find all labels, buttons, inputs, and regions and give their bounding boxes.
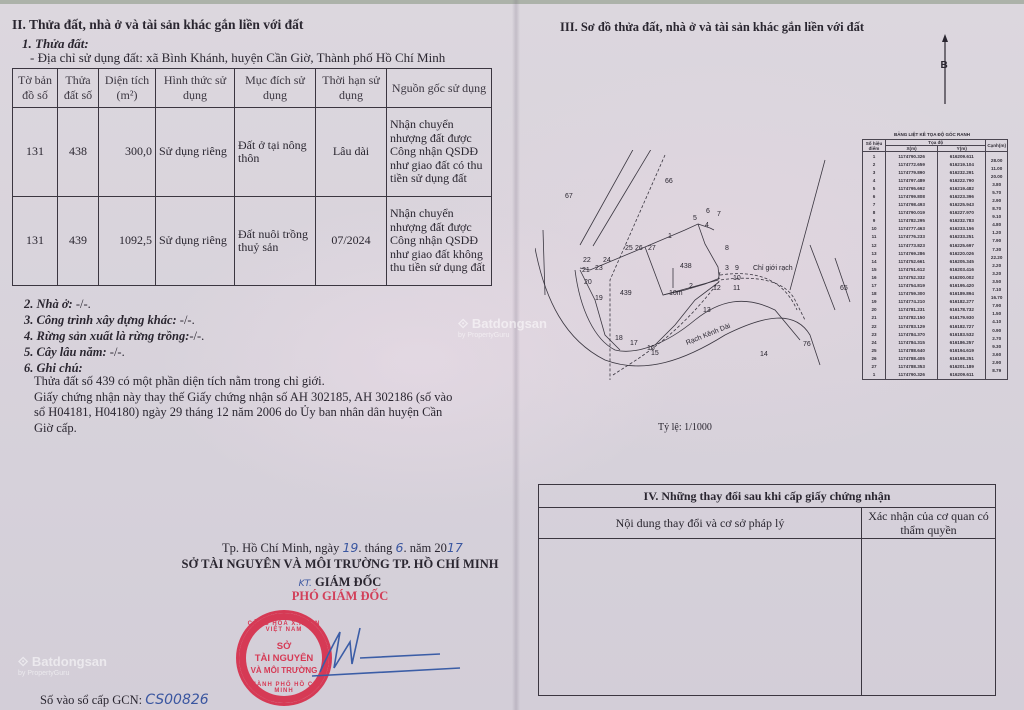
coord-length: 28.00 bbox=[986, 156, 1008, 165]
coord-length: 7.90 bbox=[986, 237, 1008, 245]
boundary-point-label: 23 bbox=[595, 265, 603, 272]
coord-y: 616182.727 bbox=[938, 322, 986, 330]
coord-length: 9.30 bbox=[986, 342, 1008, 350]
coord-x: 1174790.019 bbox=[886, 209, 938, 217]
boundary-point-label: 27 bbox=[648, 245, 656, 252]
col-length: Cạnh(m) bbox=[986, 140, 1008, 152]
col-form: Hình thức sử dụng bbox=[156, 69, 235, 108]
coord-length: 3.20 bbox=[986, 269, 1008, 277]
item-perennial-trees: 5. Cây lâu năm: -/-. bbox=[24, 344, 204, 360]
kt-mark: KT. bbox=[299, 579, 312, 589]
watermark-logo: ⟐ Batdongsanby PropertyGuru bbox=[458, 316, 547, 339]
col-purpose: Mục đích sử dụng bbox=[235, 69, 316, 108]
cell-parcel: 438 bbox=[58, 108, 99, 197]
coord-point: 4 bbox=[863, 176, 886, 184]
coord-y: 616219.104 bbox=[938, 160, 986, 168]
coord-point: 5 bbox=[863, 184, 886, 192]
boundary-line-label: Chỉ giới rạch bbox=[753, 264, 793, 272]
coord-point: 8 bbox=[863, 209, 886, 217]
boundary-point-label: 16 bbox=[647, 345, 655, 352]
coord-x: 1174788.640 bbox=[886, 346, 938, 354]
coord-x: 1174788.353 bbox=[886, 362, 938, 370]
parcel-label: 76 bbox=[803, 341, 811, 348]
authority-confirmation-cell bbox=[862, 539, 996, 696]
coord-x: 1174773.823 bbox=[886, 241, 938, 249]
deputy-director-title: PHÓ GIÁM ĐỐC bbox=[180, 589, 500, 604]
boundary-point-label: 25 bbox=[625, 245, 633, 252]
coord-point: 6 bbox=[863, 192, 886, 200]
coord-row: 11174790.326616209.61128.00 bbox=[863, 152, 1008, 161]
coord-point: 14 bbox=[863, 257, 886, 265]
boundary-point-label: 22 bbox=[583, 257, 591, 264]
col-term: Thời hạn sử dụng bbox=[316, 69, 387, 108]
table-header-row: Tờ bản đồ số Thửa đất số Diện tích (m²) … bbox=[13, 69, 492, 108]
coord-y: 616200.002 bbox=[938, 273, 986, 281]
changes-table: IV. Những thay đổi sau khi cấp giấy chứn… bbox=[538, 484, 996, 696]
coord-point: 19 bbox=[863, 298, 886, 306]
coord-y: 616183.532 bbox=[938, 330, 986, 338]
coord-y: 616195.420 bbox=[938, 282, 986, 290]
coord-y: 616189.894 bbox=[938, 290, 986, 298]
coord-length: 1.20 bbox=[986, 229, 1008, 237]
coord-x: 1174788.405 bbox=[886, 354, 938, 362]
coord-x: 1174772.659 bbox=[886, 160, 938, 168]
note-line: Thửa đất số 439 có một phần diện tích nằ… bbox=[34, 374, 464, 390]
cell-term: 07/2024 bbox=[316, 197, 387, 286]
boundary-point-label: 10 bbox=[733, 275, 741, 282]
coord-point: 11 bbox=[863, 233, 886, 241]
coord-point: 27 bbox=[863, 362, 886, 370]
coord-point: 18 bbox=[863, 290, 886, 298]
coord-length: 2.90 bbox=[986, 358, 1008, 366]
cell-origin: Nhận chuyển nhượng đất được Công nhận QS… bbox=[387, 197, 492, 286]
coord-length: 9.10 bbox=[986, 213, 1008, 221]
coord-x: 1174754.819 bbox=[886, 282, 938, 290]
coord-length bbox=[986, 375, 1008, 384]
coord-point: 15 bbox=[863, 265, 886, 273]
coord-y: 616209.611 bbox=[938, 371, 986, 380]
coord-x: 1174752.332 bbox=[886, 273, 938, 281]
map-scale: Tỷ lệ: 1/1000 bbox=[658, 422, 712, 433]
coord-point: 10 bbox=[863, 225, 886, 233]
coord-x: 1174776.233 bbox=[886, 233, 938, 241]
coord-y: 616227.970 bbox=[938, 209, 986, 217]
coord-x: 1174751.612 bbox=[886, 265, 938, 273]
distance-label: 10m bbox=[669, 290, 683, 297]
cell-area: 300,0 bbox=[99, 108, 156, 197]
registry-number: Số vào sổ cấp GCN: CS00826 bbox=[40, 692, 209, 708]
coord-x: 1174795.692 bbox=[886, 184, 938, 192]
issuing-agency: SỞ TÀI NGUYÊN VÀ MÔI TRƯỜNG TP. HỒ CHÍ M… bbox=[180, 557, 500, 572]
coord-y: 616194.619 bbox=[938, 346, 986, 354]
boundary-point-label: 1 bbox=[668, 233, 672, 240]
col-point: Số hiệu điểm bbox=[863, 140, 886, 152]
boundary-point-label: 5 bbox=[693, 215, 697, 222]
cell-map-sheet: 131 bbox=[13, 197, 58, 286]
coord-length: 20.00 bbox=[986, 172, 1008, 180]
cell-parcel: 439 bbox=[58, 197, 99, 286]
coord-point: 22 bbox=[863, 322, 886, 330]
coord-x: 1174797.489 bbox=[886, 176, 938, 184]
coord-length: 22.20 bbox=[986, 253, 1008, 261]
boundary-point-label: 14 bbox=[760, 351, 768, 358]
land-parcel-table: Tờ bản đồ số Thửa đất số Diện tích (m²) … bbox=[12, 68, 492, 286]
col-origin: Nguồn gốc sử dụng bbox=[387, 69, 492, 108]
coord-point: 16 bbox=[863, 273, 886, 281]
coord-point: 1 bbox=[863, 371, 886, 380]
land-certificate-spread: II. Thửa đất, nhà ở và tài sản khác gắn … bbox=[0, 0, 1024, 710]
coord-y: 616220.026 bbox=[938, 249, 986, 257]
coord-y: 616225.943 bbox=[938, 201, 986, 209]
coord-x: 1174769.286 bbox=[886, 249, 938, 257]
notes-text: Thửa đất số 439 có một phần diện tích nằ… bbox=[34, 374, 464, 436]
coord-point: 23 bbox=[863, 330, 886, 338]
parcel-label: 67 bbox=[565, 193, 573, 200]
coord-y: 616225.697 bbox=[938, 241, 986, 249]
coord-x: 1174798.493 bbox=[886, 201, 938, 209]
coord-y: 616233.156 bbox=[938, 225, 986, 233]
coord-length: 7.10 bbox=[986, 286, 1008, 294]
other-assets-list: 2. Nhà ở: -/-. 3. Công trình xây dựng kh… bbox=[24, 296, 204, 376]
coord-point: 25 bbox=[863, 346, 886, 354]
boundary-point-label: 17 bbox=[630, 340, 638, 347]
coord-x: 1174790.326 bbox=[886, 371, 938, 380]
coord-x: 1174784.370 bbox=[886, 330, 938, 338]
parcel-label: 438 bbox=[680, 263, 692, 270]
coord-y: 616198.251 bbox=[938, 354, 986, 362]
coord-y: 616209.611 bbox=[938, 152, 986, 161]
cell-form: Sử dụng riêng bbox=[156, 197, 235, 286]
coord-length: 11.00 bbox=[986, 164, 1008, 172]
coord-x: 1174781.231 bbox=[886, 306, 938, 314]
coord-x: 1174759.300 bbox=[886, 290, 938, 298]
boundary-point-label: 7 bbox=[717, 211, 721, 218]
coord-y: 616205.345 bbox=[938, 257, 986, 265]
cell-purpose: Đất nuôi trồng thuỷ sản bbox=[235, 197, 316, 286]
coord-length: 0.90 bbox=[986, 326, 1008, 334]
signature bbox=[300, 620, 470, 680]
coord-x: 1174752.661 bbox=[886, 257, 938, 265]
col-change-content: Nội dung thay đổi và cơ sở pháp lý bbox=[539, 508, 862, 539]
page-fold bbox=[512, 0, 520, 710]
boundary-point-label: 13 bbox=[703, 307, 711, 314]
coord-length: 5.70 bbox=[986, 188, 1008, 196]
coord-x: 1174774.210 bbox=[886, 298, 938, 306]
col-area: Diện tích (m²) bbox=[99, 69, 156, 108]
coord-x: 1174782.150 bbox=[886, 314, 938, 322]
coord-point: 21 bbox=[863, 314, 886, 322]
boundary-point-label: 3 bbox=[725, 265, 729, 272]
coord-x: 1174779.890 bbox=[886, 168, 938, 176]
coord-length: 3.50 bbox=[986, 277, 1008, 285]
coord-y: 616203.416 bbox=[938, 265, 986, 273]
parcel-sketch-map: 4384396667657612345678910111213141516171… bbox=[535, 150, 865, 410]
boundary-point-label: 19 bbox=[595, 295, 603, 302]
coord-x: 1174783.129 bbox=[886, 322, 938, 330]
svg-text:B: B bbox=[941, 60, 948, 71]
cell-form: Sử dụng riêng bbox=[156, 108, 235, 197]
boundary-point-label: 20 bbox=[584, 279, 592, 286]
coord-length: 4.10 bbox=[986, 318, 1008, 326]
note-line: Giấy chứng nhận này thay thế Giấy chứng … bbox=[34, 390, 464, 437]
col-map-sheet: Tờ bản đồ số bbox=[13, 69, 58, 108]
boundary-point-label: 12 bbox=[713, 285, 721, 292]
change-content-cell bbox=[539, 539, 862, 696]
cell-area: 1092,5 bbox=[99, 197, 156, 286]
north-arrow-icon: B bbox=[938, 34, 952, 104]
coord-point: 3 bbox=[863, 168, 886, 176]
coord-point: 13 bbox=[863, 249, 886, 257]
coord-y: 616223.396 bbox=[938, 192, 986, 200]
coord-x: 1174799.808 bbox=[886, 192, 938, 200]
boundary-point-label: 6 bbox=[706, 208, 710, 215]
cell-purpose: Đất ở tại nông thôn bbox=[235, 108, 316, 197]
boundary-point-label: 18 bbox=[615, 335, 623, 342]
coord-x: 1174777.463 bbox=[886, 225, 938, 233]
coord-length: 3.60 bbox=[986, 350, 1008, 358]
boundary-point-label: 21 bbox=[582, 267, 590, 274]
coord-point: 7 bbox=[863, 201, 886, 209]
cell-term: Lâu dài bbox=[316, 108, 387, 197]
item-other-construction: 3. Công trình xây dựng khác: -/-. bbox=[24, 312, 204, 328]
coord-point: 26 bbox=[863, 354, 886, 362]
coord-length: 4.80 bbox=[986, 221, 1008, 229]
section-iii-title: III. Sơ đồ thửa đất, nhà ở và tài sản kh… bbox=[560, 20, 864, 35]
issue-place-date: Tp. Hồ Chí Minh, ngày 19. tháng 6. năm 2… bbox=[222, 540, 463, 556]
col-parcel: Thửa đất số bbox=[58, 69, 99, 108]
boundary-point-label: 26 bbox=[635, 245, 643, 252]
cell-origin: Nhận chuyển nhượng đất được Công nhận QS… bbox=[387, 108, 492, 197]
boundary-coordinates-table: Số hiệu điểm Tọa độ Cạnh(m) X(m) Y(m) 11… bbox=[862, 139, 1008, 380]
coord-length: 2.20 bbox=[986, 261, 1008, 269]
coord-y: 616232.291 bbox=[938, 168, 986, 176]
land-address: - Địa chỉ sử dụng đất: xã Bình Khánh, hu… bbox=[30, 50, 445, 66]
coord-y: 616201.189 bbox=[938, 362, 986, 370]
director-title: KT. GIÁM ĐỐC bbox=[180, 575, 500, 590]
coord-y: 616222.790 bbox=[938, 176, 986, 184]
parcel-label: 66 bbox=[665, 178, 673, 185]
coord-y: 616179.930 bbox=[938, 314, 986, 322]
coord-point: 20 bbox=[863, 306, 886, 314]
coord-length: 1.50 bbox=[986, 310, 1008, 318]
table-row: 131 438 300,0 Sử dụng riêng Đất ở tại nô… bbox=[13, 108, 492, 197]
coord-length: 7.90 bbox=[986, 302, 1008, 310]
coord-point: 9 bbox=[863, 217, 886, 225]
coord-length: 2.70 bbox=[986, 334, 1008, 342]
coord-x: 1174782.295 bbox=[886, 217, 938, 225]
coord-point: 17 bbox=[863, 282, 886, 290]
coord-point: 12 bbox=[863, 241, 886, 249]
coord-length: 16.70 bbox=[986, 294, 1008, 302]
coord-length: 7.30 bbox=[986, 245, 1008, 253]
boundary-point-label: 2 bbox=[689, 283, 693, 290]
coord-point: 1 bbox=[863, 152, 886, 161]
coord-x: 1174790.326 bbox=[886, 152, 938, 161]
boundary-point-label: 9 bbox=[735, 265, 739, 272]
item-house: 2. Nhà ở: -/-. bbox=[24, 296, 204, 312]
coord-y: 616233.251 bbox=[938, 233, 986, 241]
boundary-point-label: 8 bbox=[725, 245, 729, 252]
coord-point: 2 bbox=[863, 160, 886, 168]
coord-y: 616232.783 bbox=[938, 217, 986, 225]
coord-table-title: BẢNG LIỆT KÊ TỌA ĐỘ GÓC RANH bbox=[862, 132, 1002, 137]
parcel-label: 65 bbox=[840, 285, 848, 292]
table-row: 131 439 1092,5 Sử dụng riêng Đất nuôi tr… bbox=[13, 197, 492, 286]
boundary-point-label: 4 bbox=[705, 222, 709, 229]
col-authority-confirmation: Xác nhận của cơ quan có thẩm quyền bbox=[862, 508, 996, 539]
coord-length: 2.90 bbox=[986, 196, 1008, 204]
issue-day: 19 bbox=[342, 540, 358, 555]
issue-year: 17 bbox=[447, 540, 463, 555]
item-planted-forest: 4. Rừng sản xuất là rừng trồng:-/-. bbox=[24, 328, 204, 344]
coord-y: 616186.257 bbox=[938, 338, 986, 346]
cell-map-sheet: 131 bbox=[13, 108, 58, 197]
coord-point: 24 bbox=[863, 338, 886, 346]
boundary-point-label: 24 bbox=[603, 257, 611, 264]
section-ii-title: II. Thửa đất, nhà ở và tài sản khác gắn … bbox=[12, 17, 303, 33]
coord-length: 8.79 bbox=[986, 366, 1008, 374]
watermark-logo: ⟐ Batdongsanby PropertyGuru bbox=[18, 654, 107, 677]
coord-length: 3.80 bbox=[986, 180, 1008, 188]
issue-month: 6 bbox=[396, 540, 404, 555]
coord-x: 1174784.315 bbox=[886, 338, 938, 346]
changes-title: IV. Những thay đổi sau khi cấp giấy chứn… bbox=[539, 485, 996, 508]
coord-y: 616178.732 bbox=[938, 306, 986, 314]
coord-length: 8.70 bbox=[986, 205, 1008, 213]
boundary-point-label: 11 bbox=[733, 285, 740, 292]
coord-y: 616182.277 bbox=[938, 298, 986, 306]
coord-y: 616219.482 bbox=[938, 184, 986, 192]
parcel-label: 439 bbox=[620, 290, 632, 297]
